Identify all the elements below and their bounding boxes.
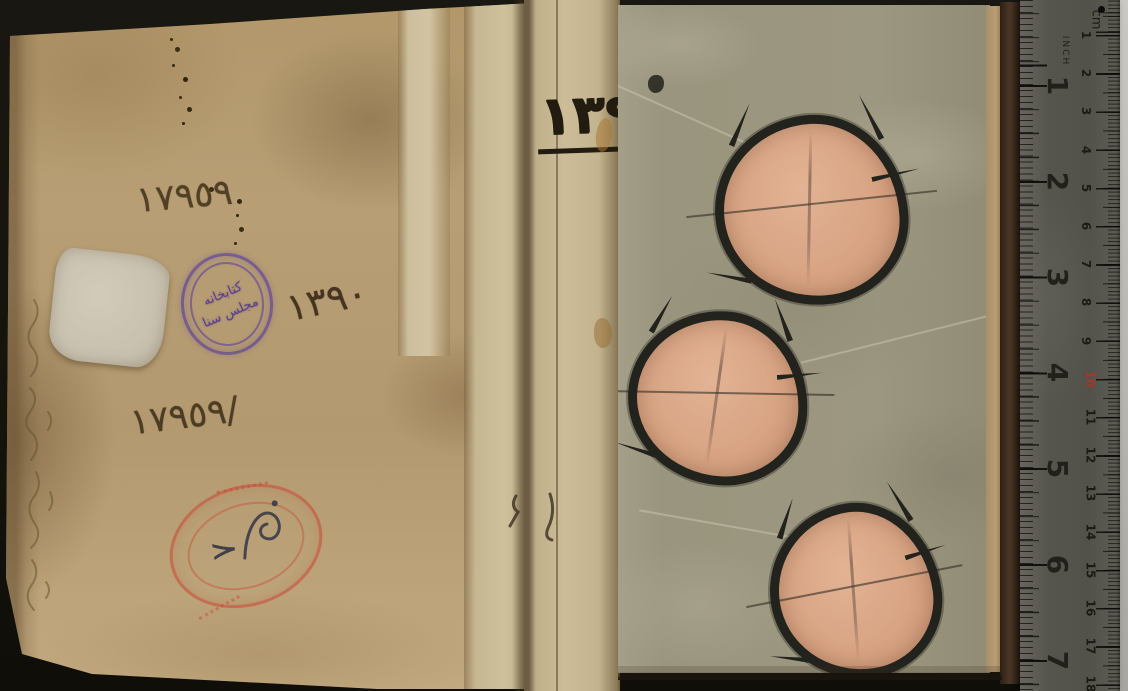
ruler-cm-number: 7 bbox=[1079, 260, 1093, 268]
marble-motif-spike bbox=[769, 654, 809, 663]
ruler-inch-unit-label: INCH bbox=[1060, 36, 1070, 66]
ruler-inch-number: 7 bbox=[1041, 651, 1074, 670]
manuscript-photo: ١٧٩٥٩ کتابخانه مجلس سنا ١٣٩٠ ١٧٩٥٩/ ٨ bbox=[0, 0, 1128, 691]
marble-ink-dot bbox=[648, 75, 664, 93]
marble-motif-spike bbox=[776, 370, 822, 380]
ruler-cm-ticks bbox=[1096, 0, 1120, 691]
library-stamp: کتابخانه مجلس سنا bbox=[177, 249, 278, 359]
marble-motif-spike bbox=[706, 270, 752, 284]
ruler-cm-number: 3 bbox=[1079, 107, 1093, 115]
ruler-cm-number: 5 bbox=[1079, 184, 1093, 192]
marble-motif-spike bbox=[777, 497, 796, 539]
ruler-hole-dot bbox=[1098, 6, 1105, 13]
marble-motif-spike bbox=[871, 166, 920, 182]
ruler-cm-number: 17 bbox=[1083, 638, 1097, 655]
ruler-cm-number: 9 bbox=[1079, 336, 1093, 344]
ruler-cm-number: 14 bbox=[1083, 523, 1097, 540]
book-bottom-edge-shadow bbox=[618, 666, 1002, 680]
paper-patch bbox=[46, 246, 171, 369]
ruler-inch-number: 6 bbox=[1041, 555, 1074, 574]
marbled-endpaper bbox=[618, 5, 990, 673]
tape-stain bbox=[594, 318, 612, 348]
ruler-inch-number: 2 bbox=[1041, 172, 1074, 191]
spine-tape-strip: ١٣٩٠ bbox=[524, 0, 620, 691]
ruler-cm-number: 6 bbox=[1079, 222, 1093, 230]
marble-motif-spike bbox=[649, 294, 675, 333]
ruler-inch-number: 1 bbox=[1041, 76, 1074, 95]
marble-motif-spike bbox=[772, 298, 793, 343]
marble-flower-motif bbox=[622, 305, 814, 491]
ruler-cm-number: 10 bbox=[1083, 370, 1097, 387]
ruler-cm-number: 8 bbox=[1079, 298, 1093, 306]
marble-vein bbox=[801, 308, 990, 363]
ink-spots bbox=[170, 38, 173, 41]
marble-motif-spike bbox=[618, 440, 656, 458]
ruler-cm-number: 11 bbox=[1083, 409, 1097, 426]
marble-motif-spike bbox=[856, 93, 884, 140]
ruler-cm-number: 16 bbox=[1083, 600, 1097, 617]
ruler-cm-number: 15 bbox=[1083, 561, 1097, 578]
ruler-inch-number: 3 bbox=[1041, 267, 1074, 286]
ruler-cm-number: 12 bbox=[1083, 447, 1097, 464]
year-note: ١٣٩٠ bbox=[282, 270, 371, 330]
marble-flower-motif bbox=[759, 492, 953, 673]
ruler-cm-number: 18 bbox=[1083, 676, 1097, 691]
accession-number-top: ١٧٩٥٩ bbox=[134, 172, 234, 221]
ruler-cm-number: 4 bbox=[1079, 145, 1093, 153]
ruler-cm-number: 1 bbox=[1079, 31, 1093, 39]
oval-red-stamp: ٨ bbox=[153, 464, 340, 628]
marble-motif-spike bbox=[884, 480, 913, 522]
steel-ruler: 1234567 123456789101112131415161718 cm I… bbox=[1020, 0, 1120, 691]
ruler-inch-number: 4 bbox=[1041, 363, 1074, 382]
accession-number-bottom: ١٧٩٥٩/ bbox=[128, 390, 241, 444]
ruler-inch-number: 5 bbox=[1041, 459, 1074, 478]
oval-stamp-rim-marks bbox=[195, 588, 241, 620]
marble-motif-spike bbox=[905, 543, 947, 561]
repair-tape-strip-upper bbox=[398, 0, 450, 356]
ruler-cm-number: 2 bbox=[1079, 69, 1093, 77]
leather-cover-edge bbox=[1000, 2, 1022, 684]
fore-edge-script bbox=[10, 292, 62, 632]
library-stamp-text: کتابخانه مجلس سنا bbox=[169, 243, 286, 365]
ruler-inch-ticks bbox=[1020, 0, 1047, 691]
ruler-cm-number: 13 bbox=[1083, 485, 1097, 502]
gutter-ink-marks bbox=[502, 488, 562, 558]
